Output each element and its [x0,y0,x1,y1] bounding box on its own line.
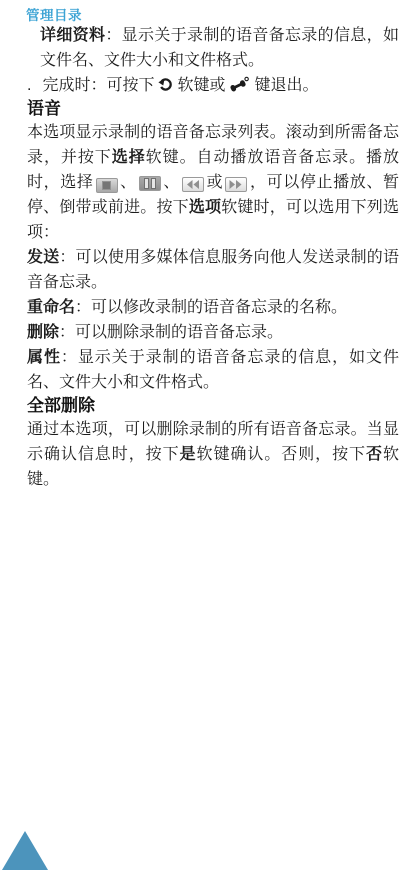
voice-intro-paragraph: 本选项显示录制的语音备忘录列表。滚动到所需备忘录，并按下选择软键。自动播放语音备… [27,120,399,245]
pause-bar-glyph [151,178,156,189]
pause-bar-glyph [144,178,149,189]
back-softkey-icon [158,77,173,92]
done-mid-text: 软键或 [177,77,225,94]
section-heading-voice: 语音 [27,98,399,120]
page-corner-triangle [2,831,48,870]
softkey-yes: 是 [180,446,197,463]
softkey-no: 否 [366,446,383,463]
section-heading-delete-all: 全部删除 [27,395,399,417]
voice-softkey-options: 选项 [189,199,221,216]
option-paragraph-properties: 属性：显示关于录制的语音备忘录的信息，如文件名、文件大小和文件格式。 [27,345,399,395]
option-paragraph-rename: 重命名：可以修改录制的语音备忘录的名称。 [27,295,399,320]
delete-all-text-2: 软键确认。否则，按下 [197,446,367,463]
option-paragraph-send: 发送：可以使用多媒体信息服务向他人发送录制的语音备忘录。 [27,245,399,295]
separator-1: 、 [120,174,137,191]
end-call-key-icon [229,76,250,92]
done-post-text: 键退出。 [254,77,318,94]
done-line: .完成时：可按下软键或键退出。 [27,73,399,98]
option-body: ：可以删除录制的语音备忘录。 [59,324,283,341]
page-header-title: 管理目录 [26,4,82,24]
option-body: ：可以使用多媒体信息服务向他人发送录制的语音备忘录。 [27,249,399,291]
done-pre-text: 完成时：可按下 [42,77,154,94]
pause-button-icon [139,176,161,191]
details-paragraph: 详细资料：显示关于录制的语音备忘录的信息，如文件名、文件大小和文件格式。 [40,23,399,73]
manual-page: 管理目录 详细资料：显示关于录制的语音备忘录的信息，如文件名、文件大小和文件格式… [0,0,419,872]
stop-button-icon [96,178,118,193]
details-term: 详细资料 [40,27,105,44]
stop-square-glyph [103,182,110,189]
option-body: ：显示关于录制的语音备忘录的信息，如文件名、文件大小和文件格式。 [27,349,399,391]
option-term: 删除 [27,324,59,341]
delete-all-paragraph: 通过本选项，可以删除录制的所有语音备忘录。当显示确认信息时，按下是软键确认。否则… [27,417,399,492]
separator-or: 或 [206,174,223,191]
option-body: ：可以修改录制的语音备忘录的名称。 [75,299,347,316]
bullet-dot: . [27,73,31,98]
voice-softkey-select: 选择 [112,149,146,166]
option-term: 属性 [27,349,61,366]
page-content: 详细资料：显示关于录制的语音备忘录的信息，如文件名、文件大小和文件格式。 .完成… [0,23,419,492]
fast-forward-button-icon [225,177,247,192]
separator-2: 、 [163,174,180,191]
rewind-button-icon [182,177,204,192]
option-term: 重命名 [27,299,75,316]
option-paragraph-delete: 删除：可以删除录制的语音备忘录。 [27,320,399,345]
option-term: 发送 [27,249,59,266]
